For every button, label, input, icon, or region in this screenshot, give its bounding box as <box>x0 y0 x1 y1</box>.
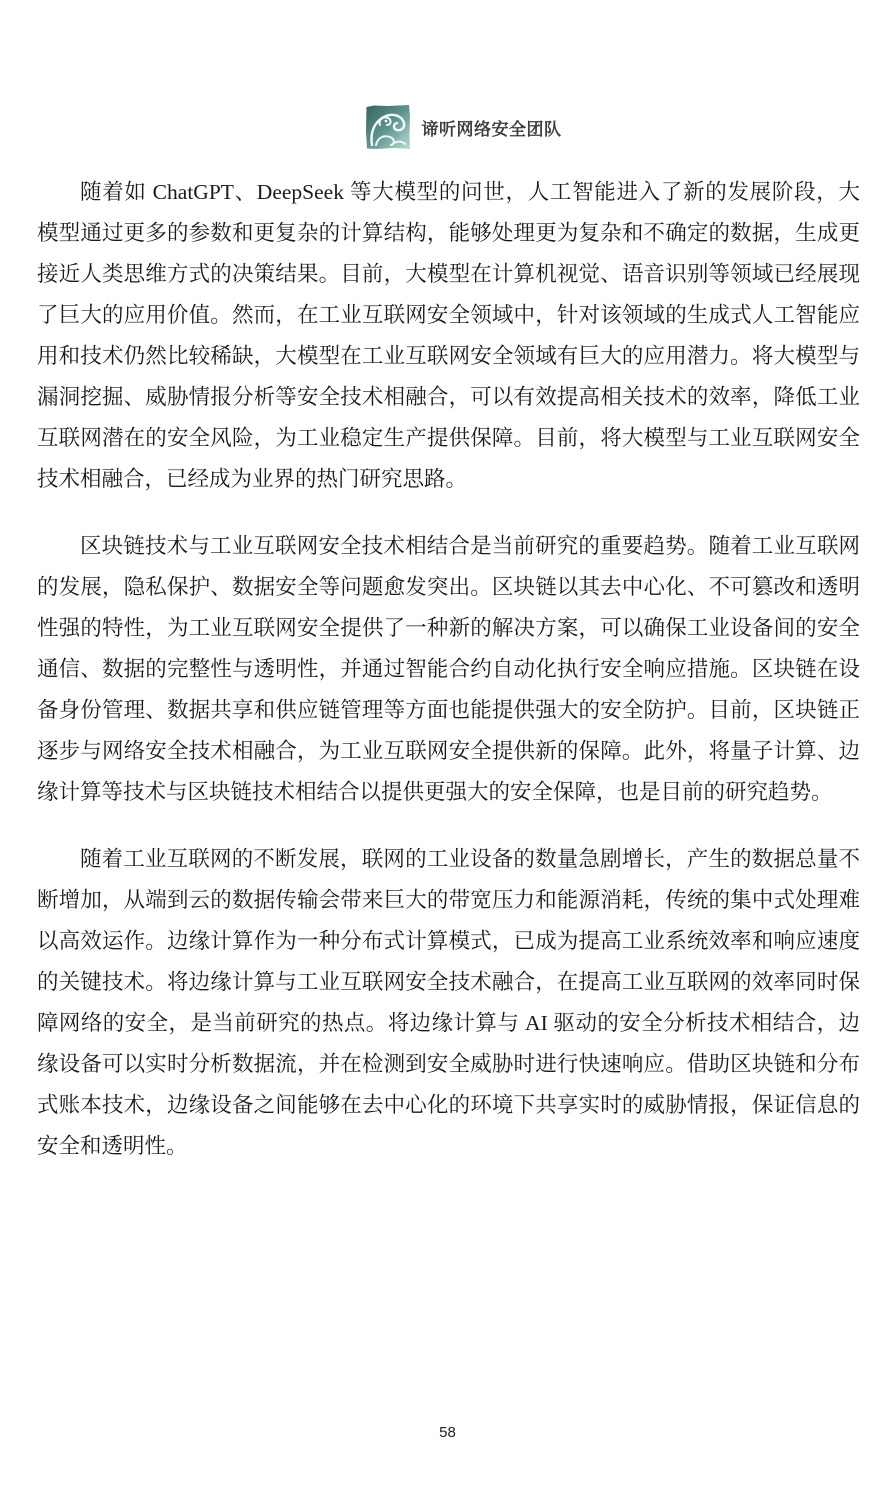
team-header: 谛听网络安全团队 <box>0 102 895 152</box>
paragraph-edge-computing: 随着工业互联网的不断发展，联网的工业设备的数量急剧增长，产生的数据总量不断增加，… <box>37 839 860 1167</box>
paragraph-large-models: 随着如 ChatGPT、DeepSeek 等大模型的问世，人工智能进入了新的发展… <box>37 172 860 500</box>
team-name: 谛听网络安全团队 <box>422 115 562 140</box>
document-page: 谛听网络安全团队 随着如 ChatGPT、DeepSeek 等大模型的问世，人工… <box>0 0 895 1512</box>
page-footer: 58 <box>0 1424 895 1441</box>
paragraph-blockchain: 区块链技术与工业互联网安全技术相结合是当前研究的重要趋势。随着工业互联网的发展，… <box>37 526 860 813</box>
page-content: 随着如 ChatGPT、DeepSeek 等大模型的问世，人工智能进入了新的发展… <box>37 172 860 1193</box>
page-number: 58 <box>439 1424 456 1441</box>
diting-seal-icon <box>364 103 412 151</box>
